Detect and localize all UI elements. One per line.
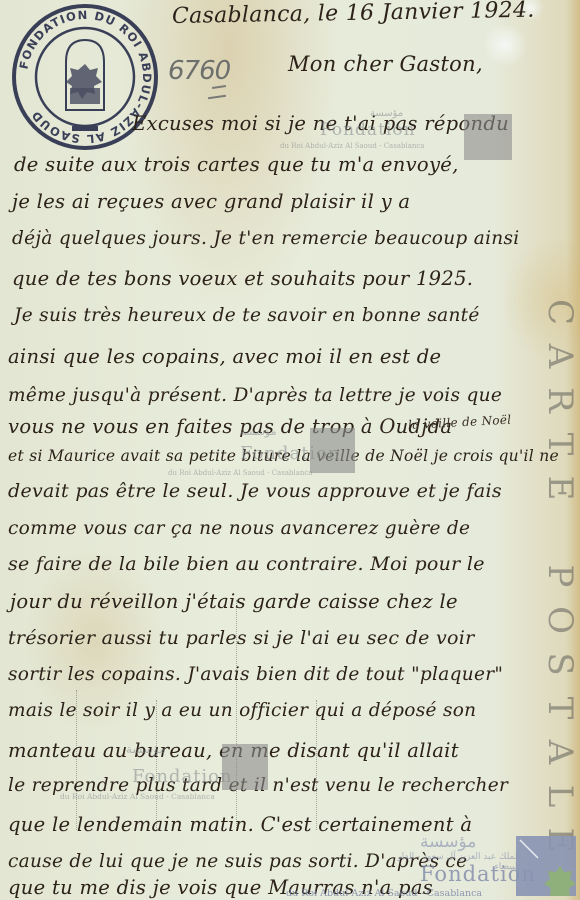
letter-line: sortir les copains. J'avais bien dit de … (8, 664, 503, 685)
watermark-subtitle: du Roi Abdul-Aziz Al Saoud - Casablanca (280, 142, 424, 150)
fondation-star-logo-icon (516, 836, 576, 896)
letter-line: devait pas être le seul. Je vous approuv… (8, 480, 502, 502)
letter-line: ainsi que les copains, avec moi il en es… (8, 345, 441, 368)
letter-line: comme vous car ça ne nous avancerez guèr… (8, 518, 470, 539)
foundation-watermark-main: مؤسسة الملك عبد العزيز آل سعود - الدار ا… (280, 832, 520, 900)
watermark-title: Fondation (132, 766, 233, 787)
letter-line: Je suis très heureux de te savoir en bon… (14, 305, 480, 326)
watermark-arabic-title: مؤسسة (126, 742, 166, 756)
letter-dateline: Casablanca, le 16 Janvier 1924. (172, 0, 535, 29)
watermark-arabic-title: مؤسسة (420, 832, 476, 852)
foundation-logo-icon (516, 836, 576, 896)
letter-line: déjà quelques jours. Je t'en remercie be… (12, 228, 520, 249)
postcard-back: CARTE POSTALE FONDATION DU ROI ABDUL-AZI… (0, 0, 580, 900)
paper-spot (480, 25, 530, 65)
foundation-logo-icon (464, 114, 512, 160)
printed-carte-postale: CARTE POSTALE (540, 290, 580, 862)
letter-line: se faire de la bile bien au contraire. M… (8, 553, 485, 575)
foundation-logo-icon (222, 744, 268, 790)
letter-line: trésorier aussi tu parles si je l'ai eu … (8, 627, 475, 649)
watermark-arabic-title: مؤسسة (370, 108, 403, 119)
letter-line: je les ai reçues avec grand plaisir il y… (12, 190, 410, 213)
archive-number-underline (212, 85, 226, 89)
watermark-title: Fondation (320, 120, 416, 140)
foundation-watermark: مؤسسة Fondation du Roi Abdul-Aziz Al Sao… (280, 108, 480, 158)
letter-salutation: Mon cher Gaston, (288, 52, 483, 76)
letter-line: que de tes bons voeux et souhaits pour 1… (12, 267, 473, 290)
watermark-subtitle: du Roi Abdul-Aziz Al Saoud - Casablanca (168, 469, 312, 477)
letter-line: mais le soir il y a eu un officier qui a… (8, 700, 476, 721)
watermark-subtitle: du Roi Abdul-Aziz Al Saoud - Casablanca (286, 888, 482, 899)
watermark-subtitle: du Roi Abdul-Aziz Al Saoud - Casablanca (60, 792, 215, 801)
letter-line: même jusqu'à présent. D'après ta lettre … (8, 385, 502, 406)
letter-line: jour du réveillon j'étais garde caisse c… (10, 590, 458, 613)
foundation-logo-icon (310, 428, 355, 473)
watermark-arabic-title: مؤسسة (240, 425, 277, 438)
archive-number: 6760 (168, 56, 230, 86)
archive-number-underline (208, 95, 226, 99)
